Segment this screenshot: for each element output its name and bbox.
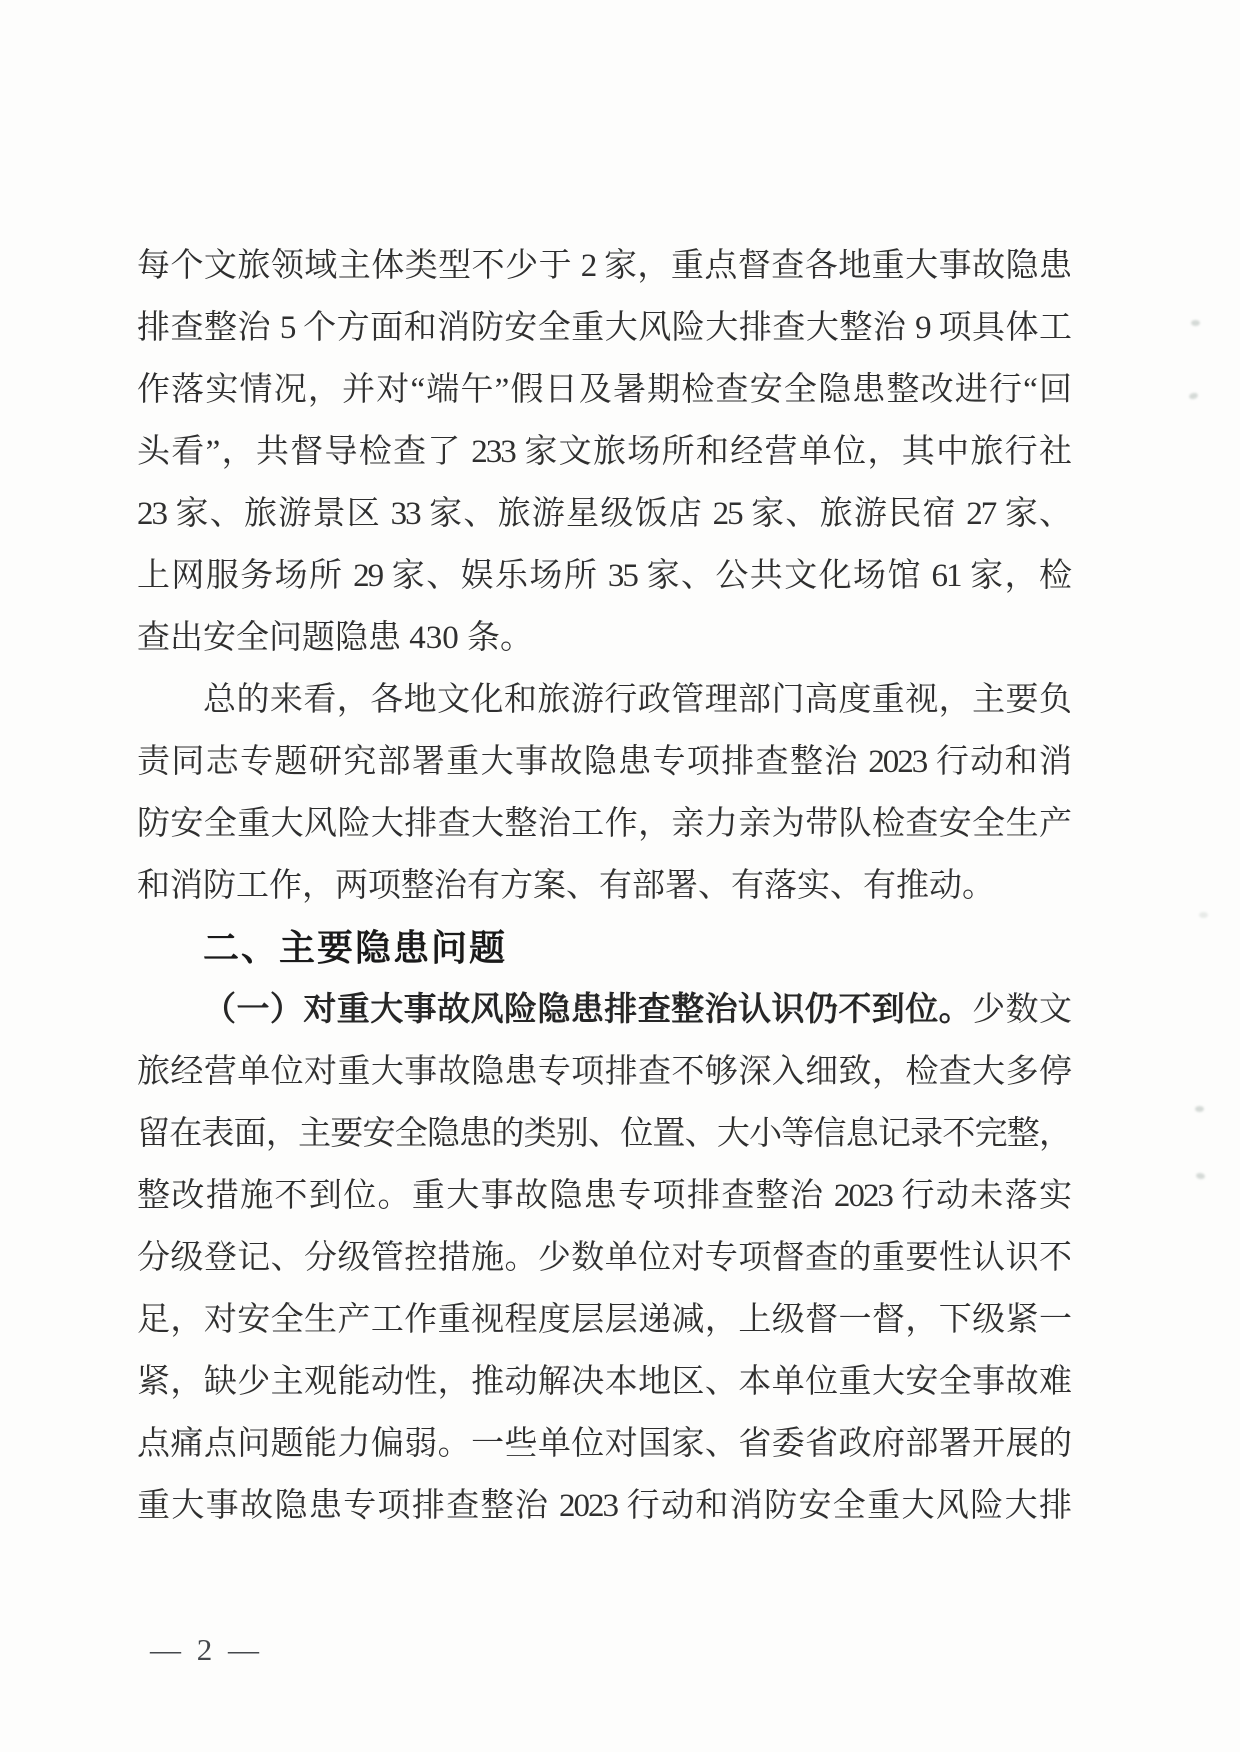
text-line: 总的来看，各地文化和旅游行政管理部门高度重视，主要负 [137,669,1070,731]
text-line: 整改措施不到位。重大事故隐患专项排查整治 2023 行动未落实 [137,1165,1070,1227]
scan-speck [1191,320,1200,326]
scan-speck [1188,392,1198,400]
text-line: 足，对安全生产工作重视程度层层递减，上级督一督，下级紧一 [137,1289,1070,1351]
text-line: 作落实情况，并对“端午”假日及暑期检查安全隐患整改进行“回 [137,359,1070,421]
text-line: 分级登记、分级管控措施。少数单位对专项督查的重要性认识不 [137,1227,1070,1289]
text-line: 点痛点问题能力偏弱。一些单位对国家、省委省政府部署开展的 [137,1413,1070,1475]
text-line: 查出安全问题隐患 430 条。 [137,607,1070,669]
page-number: — 2 — [150,1630,263,1670]
text-line: 排查整治 5 个方面和消防安全重大风险大排查大整治 9 项具体工 [137,297,1070,359]
text-line: 紧，缺少主观能动性，推动解决本地区、本单位重大安全事故难 [137,1351,1070,1413]
item-lead-emphasis: （一）对重大事故风险隐患排查整治认识仍不到位。 [203,992,972,1028]
text-line: 重大事故隐患专项排查整治 2023 行动和消防安全重大风险大排 [137,1475,1070,1537]
text-line: 责同志专题研究部署重大事故隐患专项排查整治 2023 行动和消 [137,731,1070,793]
text-line: 留在表面，主要安全隐患的类别、位置、大小等信息记录不完整， [137,1103,1070,1165]
text-line: 23 家、旅游景区 33 家、旅游星级饭店 25 家、旅游民宿 27 家、 [137,483,1070,545]
scan-speck [1196,1172,1206,1179]
document-page: 每个文旅领域主体类型不少于 2 家，重点督查各地重大事故隐患 排查整治 5 个方… [0,0,1240,1752]
scan-speck [1199,912,1208,918]
text-line: 每个文旅领域主体类型不少于 2 家，重点督查各地重大事故隐患 [137,235,1070,297]
text-line: 旅经营单位对重大事故隐患专项排查不够深入细致，检查大多停 [137,1041,1070,1103]
text-line: 上网服务场所 29 家、娱乐场所 35 家、公共文化场馆 61 家，检 [137,545,1070,607]
text-line: 防安全重大风险大排查大整治工作，亲力亲为带队检查安全生产 [137,793,1070,855]
text-line: 和消防工作，两项整治有方案、有部署、有落实、有推动。 [137,855,1070,917]
text-line: （一）对重大事故风险隐患排查整治认识仍不到位。少数文 [137,979,1070,1041]
text-line: 头看”，共督导检查了 233 家文旅场所和经营单位，其中旅行社 [137,421,1070,483]
scan-speck [1195,1106,1204,1112]
document-body: 每个文旅领域主体类型不少于 2 家，重点督查各地重大事故隐患 排查整治 5 个方… [137,235,1070,1537]
item-lead-rest: 少数文 [972,992,1070,1028]
section-heading: 二、主要隐患问题 [137,917,1070,979]
